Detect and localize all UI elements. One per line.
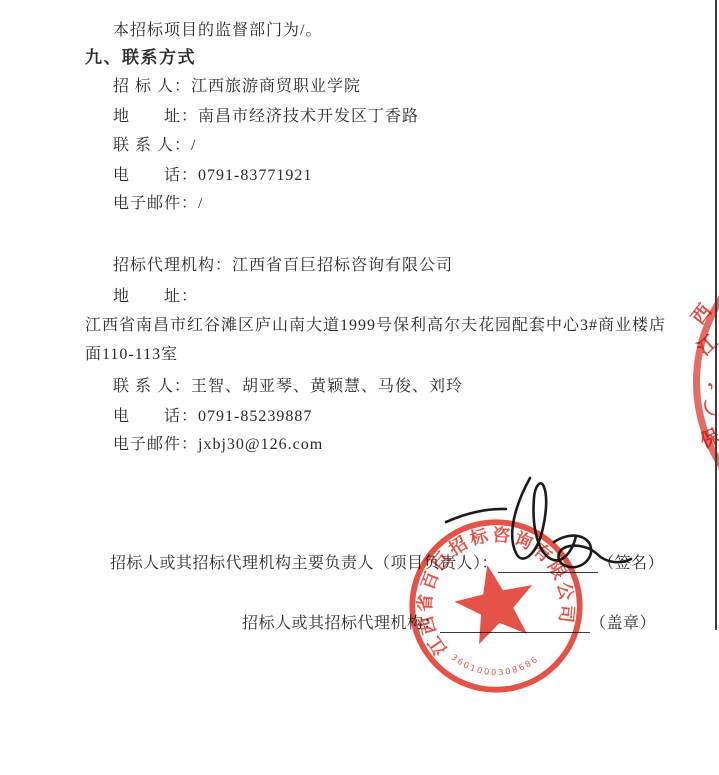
tenderer-email-label: 电子邮件： <box>113 195 198 212</box>
agency-email-value: jxbj30@126.com <box>198 436 323 453</box>
tenderer-contact-row: 联 系 人：/ <box>113 132 196 155</box>
agency-name-value: 江西省百巨招标咨询有限公司 <box>232 257 453 274</box>
agency-address-label: 地 址： <box>113 288 198 305</box>
scan-edge-line <box>715 0 717 630</box>
tenderer-name-row: 招 标 人：江西旅游商贸职业学院 <box>113 73 361 96</box>
company-seal-stamp: 江西省百巨招标咨询有限公司 3601000308686 <box>389 499 602 712</box>
agency-address-line1: 江西省南昌市红谷滩区庐山南大道1999号保利高尔夫花园配套中心3#商业楼店 <box>85 312 666 335</box>
document-page: 本招标项目的监督部门为/。 九、联系方式 招 标 人：江西旅游商贸职业学院 地 … <box>0 0 719 775</box>
agency-address-line2: 面110-113室 <box>85 341 178 364</box>
supervision-line: 本招标项目的监督部门为/。 <box>113 17 322 40</box>
tenderer-email-row: 电子邮件：/ <box>113 190 203 213</box>
seal-star-icon <box>448 557 542 648</box>
agency-contact-value: 王智、胡亚琴、黄颖慧、马俊、刘玲 <box>191 378 463 395</box>
agency-contact-label: 联 系 人： <box>113 378 191 395</box>
tenderer-name-value: 江西旅游商贸职业学院 <box>191 78 361 95</box>
agency-phone-label: 电 话： <box>113 408 198 425</box>
tenderer-email-value: / <box>198 195 203 212</box>
agency-name-label: 招标代理机构： <box>113 257 232 274</box>
seal-suffix: （盖章） <box>590 610 656 633</box>
tenderer-contact-label: 联 系 人： <box>113 137 191 154</box>
tenderer-address-label: 地 址： <box>113 108 198 125</box>
tenderer-name-label: 招 标 人： <box>113 78 191 95</box>
agency-email-row: 电子邮件：jxbj30@126.com <box>113 431 323 454</box>
agency-contact-row: 联 系 人：王智、胡亚琴、黄颖慧、马俊、刘玲 <box>113 373 463 396</box>
tenderer-contact-value: / <box>191 137 196 154</box>
tenderer-phone-label: 电 话： <box>113 167 198 184</box>
tenderer-phone-row: 电 话：0791-83771921 <box>113 162 312 185</box>
agency-email-label: 电子邮件： <box>113 436 198 453</box>
agency-name-row: 招标代理机构：江西省百巨招标咨询有限公司 <box>113 252 453 275</box>
section-heading-contact: 九、联系方式 <box>85 43 196 68</box>
agency-phone-value: 0791-85239887 <box>198 408 312 425</box>
tenderer-address-value: 南昌市经济技术开发区丁香路 <box>198 108 419 125</box>
tenderer-address-row: 地 址：南昌市经济技术开发区丁香路 <box>113 103 419 126</box>
agency-phone-row: 电 话：0791-85239887 <box>113 403 312 426</box>
tenderer-phone-value: 0791-83771921 <box>198 167 312 184</box>
agency-address-label-row: 地 址： <box>113 283 198 306</box>
